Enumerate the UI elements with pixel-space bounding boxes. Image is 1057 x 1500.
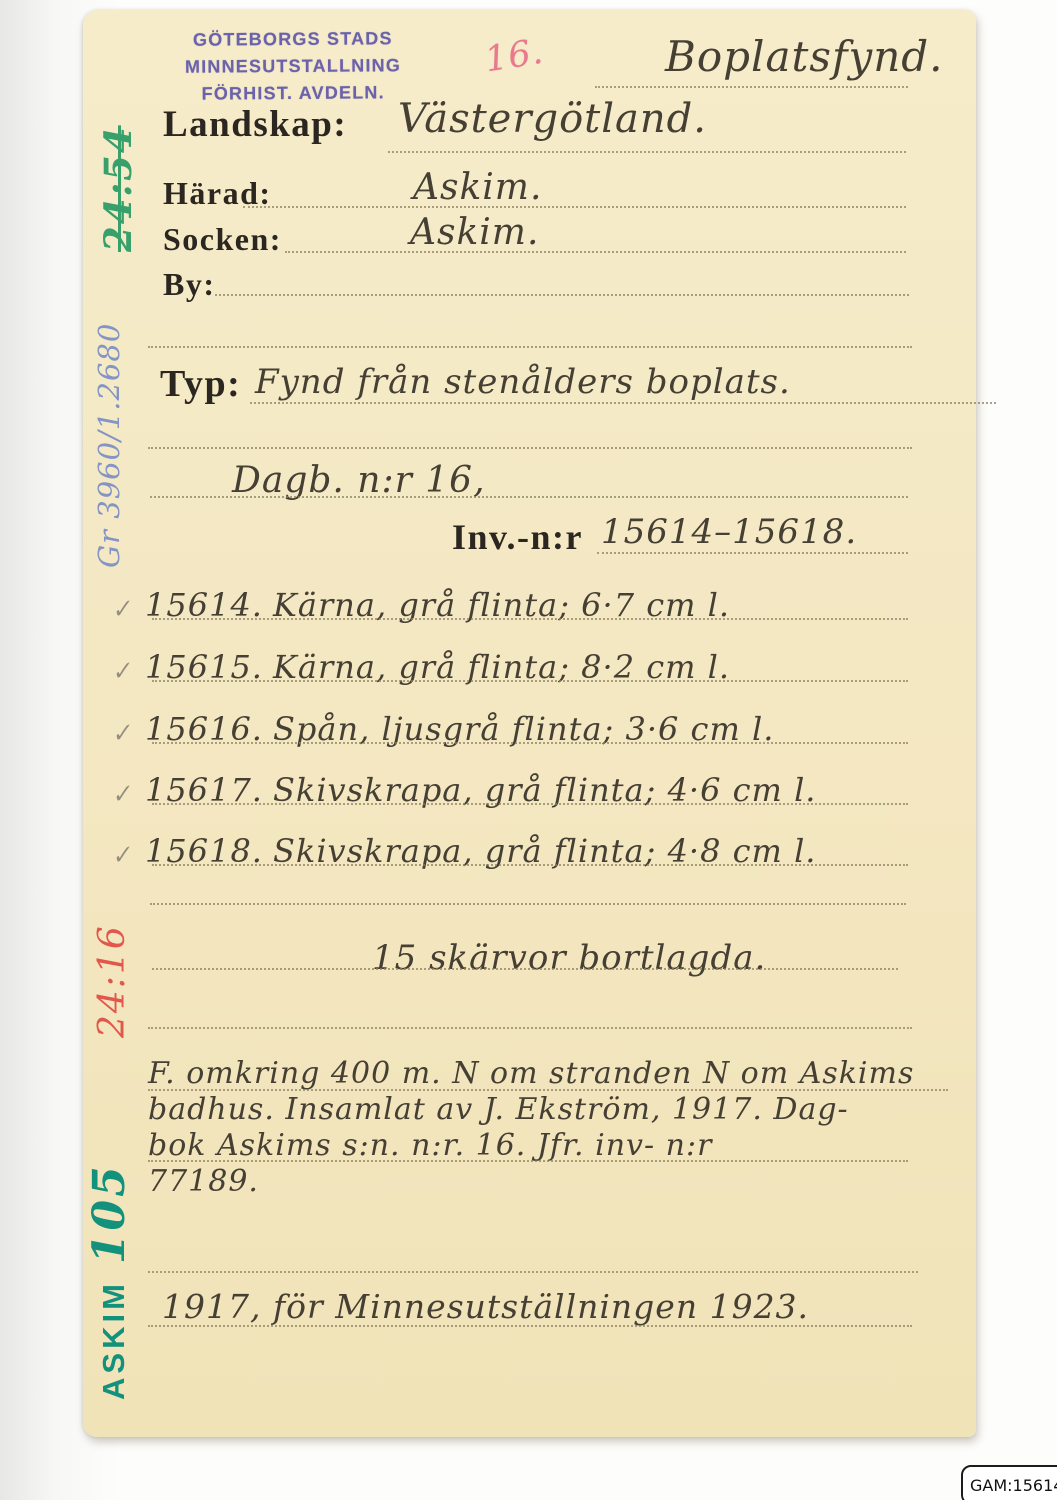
field-label-by: By: — [163, 266, 216, 303]
rule-by — [215, 294, 909, 296]
rule-harad — [243, 206, 906, 208]
rule-blank-3 — [150, 903, 906, 905]
field-value-harad: Askim. — [413, 167, 542, 208]
margin-teal-number: 105 — [84, 1163, 135, 1264]
rule-blank-2 — [148, 447, 912, 449]
rule-blank-1 — [148, 346, 912, 348]
provenance-line: F. omkring 400 m. N om stranden N om Ask… — [148, 1056, 914, 1092]
provenance-paragraph: F. omkring 400 m. N om stranden N om Ask… — [148, 1056, 914, 1200]
checkmark-icon: ✓ — [109, 653, 147, 686]
checkmark-icon: ✓ — [109, 837, 147, 870]
checkmark-icon: ✓ — [109, 715, 147, 748]
stamp-line-1: GÖTEBORGS STADS — [173, 25, 413, 54]
checkmark-icon: ✓ — [109, 776, 147, 809]
rule-landskap — [388, 151, 906, 153]
rule-blank-4 — [148, 1027, 912, 1029]
inventory-label: Inv.-n:r — [452, 516, 583, 558]
rule-item-5 — [152, 864, 908, 866]
field-value-typ: Fynd från stenålders boplats. — [255, 362, 791, 402]
inventory-range: 15614–15618. — [601, 512, 857, 552]
provenance-line: bok Askims s:n. n:r. 16. Jfr. inv- n:r — [148, 1128, 914, 1164]
find-category: Boplatsfynd. — [665, 32, 944, 81]
field-label-socken: Socken: — [163, 221, 282, 258]
rule-note — [152, 968, 898, 970]
margin-code-teal: ASKIM 105 — [84, 1163, 135, 1400]
exhibition-footer: 1917, för Minnesutställningen 1923. — [162, 1287, 809, 1326]
rule-blank-5 — [148, 1271, 918, 1273]
museum-stamp: GÖTEBORGS STADS MINNESUTSTALLNING FÖRHIS… — [173, 25, 414, 108]
catalog-card: GÖTEBORGS STADS MINNESUTSTALLNING FÖRHIS… — [83, 10, 976, 1437]
rule-provenance-1 — [148, 1089, 948, 1091]
provenance-line: badhus. Insamlat av J. Ekström, 1917. Da… — [148, 1092, 914, 1128]
rule-item-4 — [152, 803, 908, 805]
rule-item-1 — [152, 618, 908, 620]
rule-header — [595, 86, 908, 88]
margin-teal-parish: ASKIM — [96, 1280, 132, 1400]
scanned-catalog-card-page: { "card": { "stamp": { "line1": "GÖTEBOR… — [0, 0, 1057, 1500]
discard-note: 15 skärvor bortlagda. — [372, 938, 766, 978]
accession-label-box: GAM:15614 — [961, 1465, 1057, 1500]
rule-footer — [148, 1325, 912, 1327]
rule-item-3 — [152, 742, 908, 744]
provenance-line: 77189. — [148, 1164, 914, 1200]
accession-label: GAM:15614 — [970, 1476, 1057, 1495]
rule-provenance-2 — [148, 1160, 908, 1162]
checkmark-icon: ✓ — [109, 591, 147, 624]
rule-dagbok — [150, 496, 908, 498]
margin-code-red: 24:16 — [92, 924, 133, 1038]
margin-code-green: 24:54 — [96, 125, 140, 252]
field-label-typ: Typ: — [160, 362, 241, 406]
rule-typ — [250, 402, 996, 404]
field-label-landskap: Landskap: — [163, 103, 347, 146]
red-card-number: 16. — [482, 32, 546, 81]
field-value-socken: Askim. — [410, 212, 539, 253]
rule-inventory — [597, 552, 908, 554]
rule-item-2 — [152, 680, 908, 682]
stamp-line-2: MINNESUTSTALLNING — [173, 52, 413, 81]
dagbok-entry: Dagb. n:r 16, — [232, 460, 486, 501]
field-value-landskap: Västergötland. — [398, 96, 707, 142]
margin-code-blue: Gr 3960/1.2680 — [92, 323, 126, 568]
rule-socken — [285, 251, 906, 253]
